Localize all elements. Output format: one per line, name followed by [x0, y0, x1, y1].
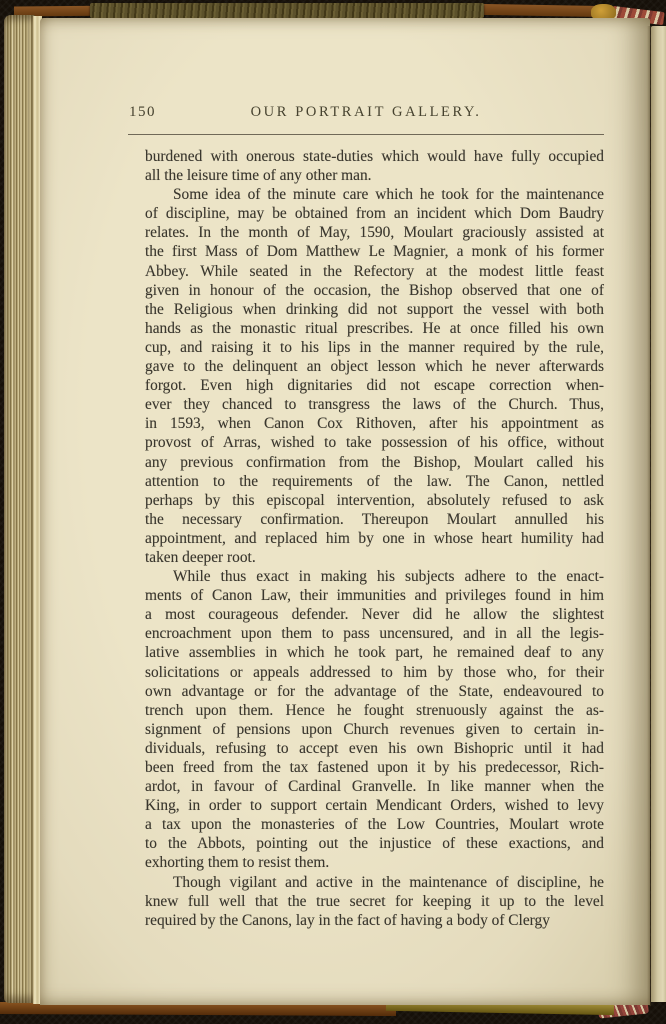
text-line: a tax upon the monasteries of the Low Co…: [145, 815, 604, 834]
text-line: attention to the requirements of the law…: [145, 472, 604, 491]
text-line: of discipline, may be obtained from an i…: [145, 204, 604, 223]
gutter-crease: [647, 26, 651, 1006]
body-text: burdened with onerous state-duties which…: [145, 147, 604, 930]
printed-content: 150 OUR PORTRAIT GALLERY. burdened with …: [128, 104, 604, 930]
running-header: 150 OUR PORTRAIT GALLERY.: [128, 104, 604, 122]
text-line: dividuals, refusing to accept even his o…: [145, 739, 604, 758]
header-rule: [128, 134, 604, 135]
text-line: provost of Arras, wished to take possess…: [145, 433, 604, 452]
text-line: required by the Canons, lay in the fact …: [145, 911, 604, 930]
text-line: a most courageous defender. Never did he…: [145, 605, 604, 624]
text-line: any previous confirmation from the Bisho…: [145, 453, 604, 472]
text-line: ever they chanced to transgress the laws…: [145, 395, 604, 414]
text-line: trench upon them. Hence he fought strenu…: [145, 701, 604, 720]
text-line: encroachment upon them to pass uncensure…: [145, 624, 604, 643]
text-line: Though vigilant and active in the mainte…: [145, 873, 604, 892]
text-line: forgot. Even high dignitaries did not es…: [145, 376, 604, 395]
text-line: own advantage or for the advantage of th…: [145, 682, 604, 701]
text-line: to the Abbots, pointing out the injustic…: [145, 834, 604, 853]
text-line: hands as the monastic ritual prescribes.…: [145, 319, 604, 338]
fanned-page-edges: [4, 15, 35, 1003]
text-line: taken deeper root.: [145, 548, 604, 567]
running-title: OUR PORTRAIT GALLERY.: [128, 104, 604, 121]
text-line: the Religious when drinking did not supp…: [145, 300, 604, 319]
top-spine-edge-right: [478, 4, 608, 17]
text-line: Abbey. While seated in the Refectory at …: [145, 262, 604, 281]
text-line: the necessary confirmation. Thereupon Mo…: [145, 510, 604, 529]
text-line: King, in order to support certain Mendic…: [145, 796, 604, 815]
text-line: ardot, in favour of Cardinal Granvelle. …: [145, 777, 604, 796]
text-line: been freed from the tax fastened upon it…: [145, 758, 604, 777]
text-line: gave to the delinquent an object lesson …: [145, 357, 604, 376]
text-line: the first Mass of Dom Matthew Le Magnier…: [145, 242, 604, 261]
text-line: knew full well that the true secret for …: [145, 892, 604, 911]
text-line: Some idea of the minute care which he to…: [145, 185, 604, 204]
text-line: While thus exact in making his subjects …: [145, 567, 604, 586]
text-line: relates. In the month of May, 1590, Moul…: [145, 223, 604, 242]
text-line: in 1593, when Canon Cox Rithoven, after …: [145, 414, 604, 433]
text-line: exhorting them to resist them.: [145, 853, 604, 872]
text-line: burdened with onerous state-duties which…: [145, 147, 604, 166]
text-line: given in honour of the occasion, the Bis…: [145, 281, 604, 300]
text-line: solicitations or appeals addressed to hi…: [145, 663, 604, 682]
text-line: perhaps by this episcopal intervention, …: [145, 491, 604, 510]
text-line: appointment, and replaced him by one in …: [145, 529, 604, 548]
text-line: ments of Canon Law, their immunities and…: [145, 586, 604, 605]
next-page-edge: [651, 26, 666, 1002]
top-book-block-edge: [90, 3, 484, 18]
book-page: 150 OUR PORTRAIT GALLERY. burdened with …: [40, 18, 650, 1005]
text-line: lative assemblies in which he took part,…: [145, 643, 604, 662]
text-line: signment of pensions upon Church revenue…: [145, 720, 604, 739]
text-line: all the leisure time of any other man.: [145, 166, 604, 185]
text-line: cup, and raising it to his lips in the m…: [145, 338, 604, 357]
